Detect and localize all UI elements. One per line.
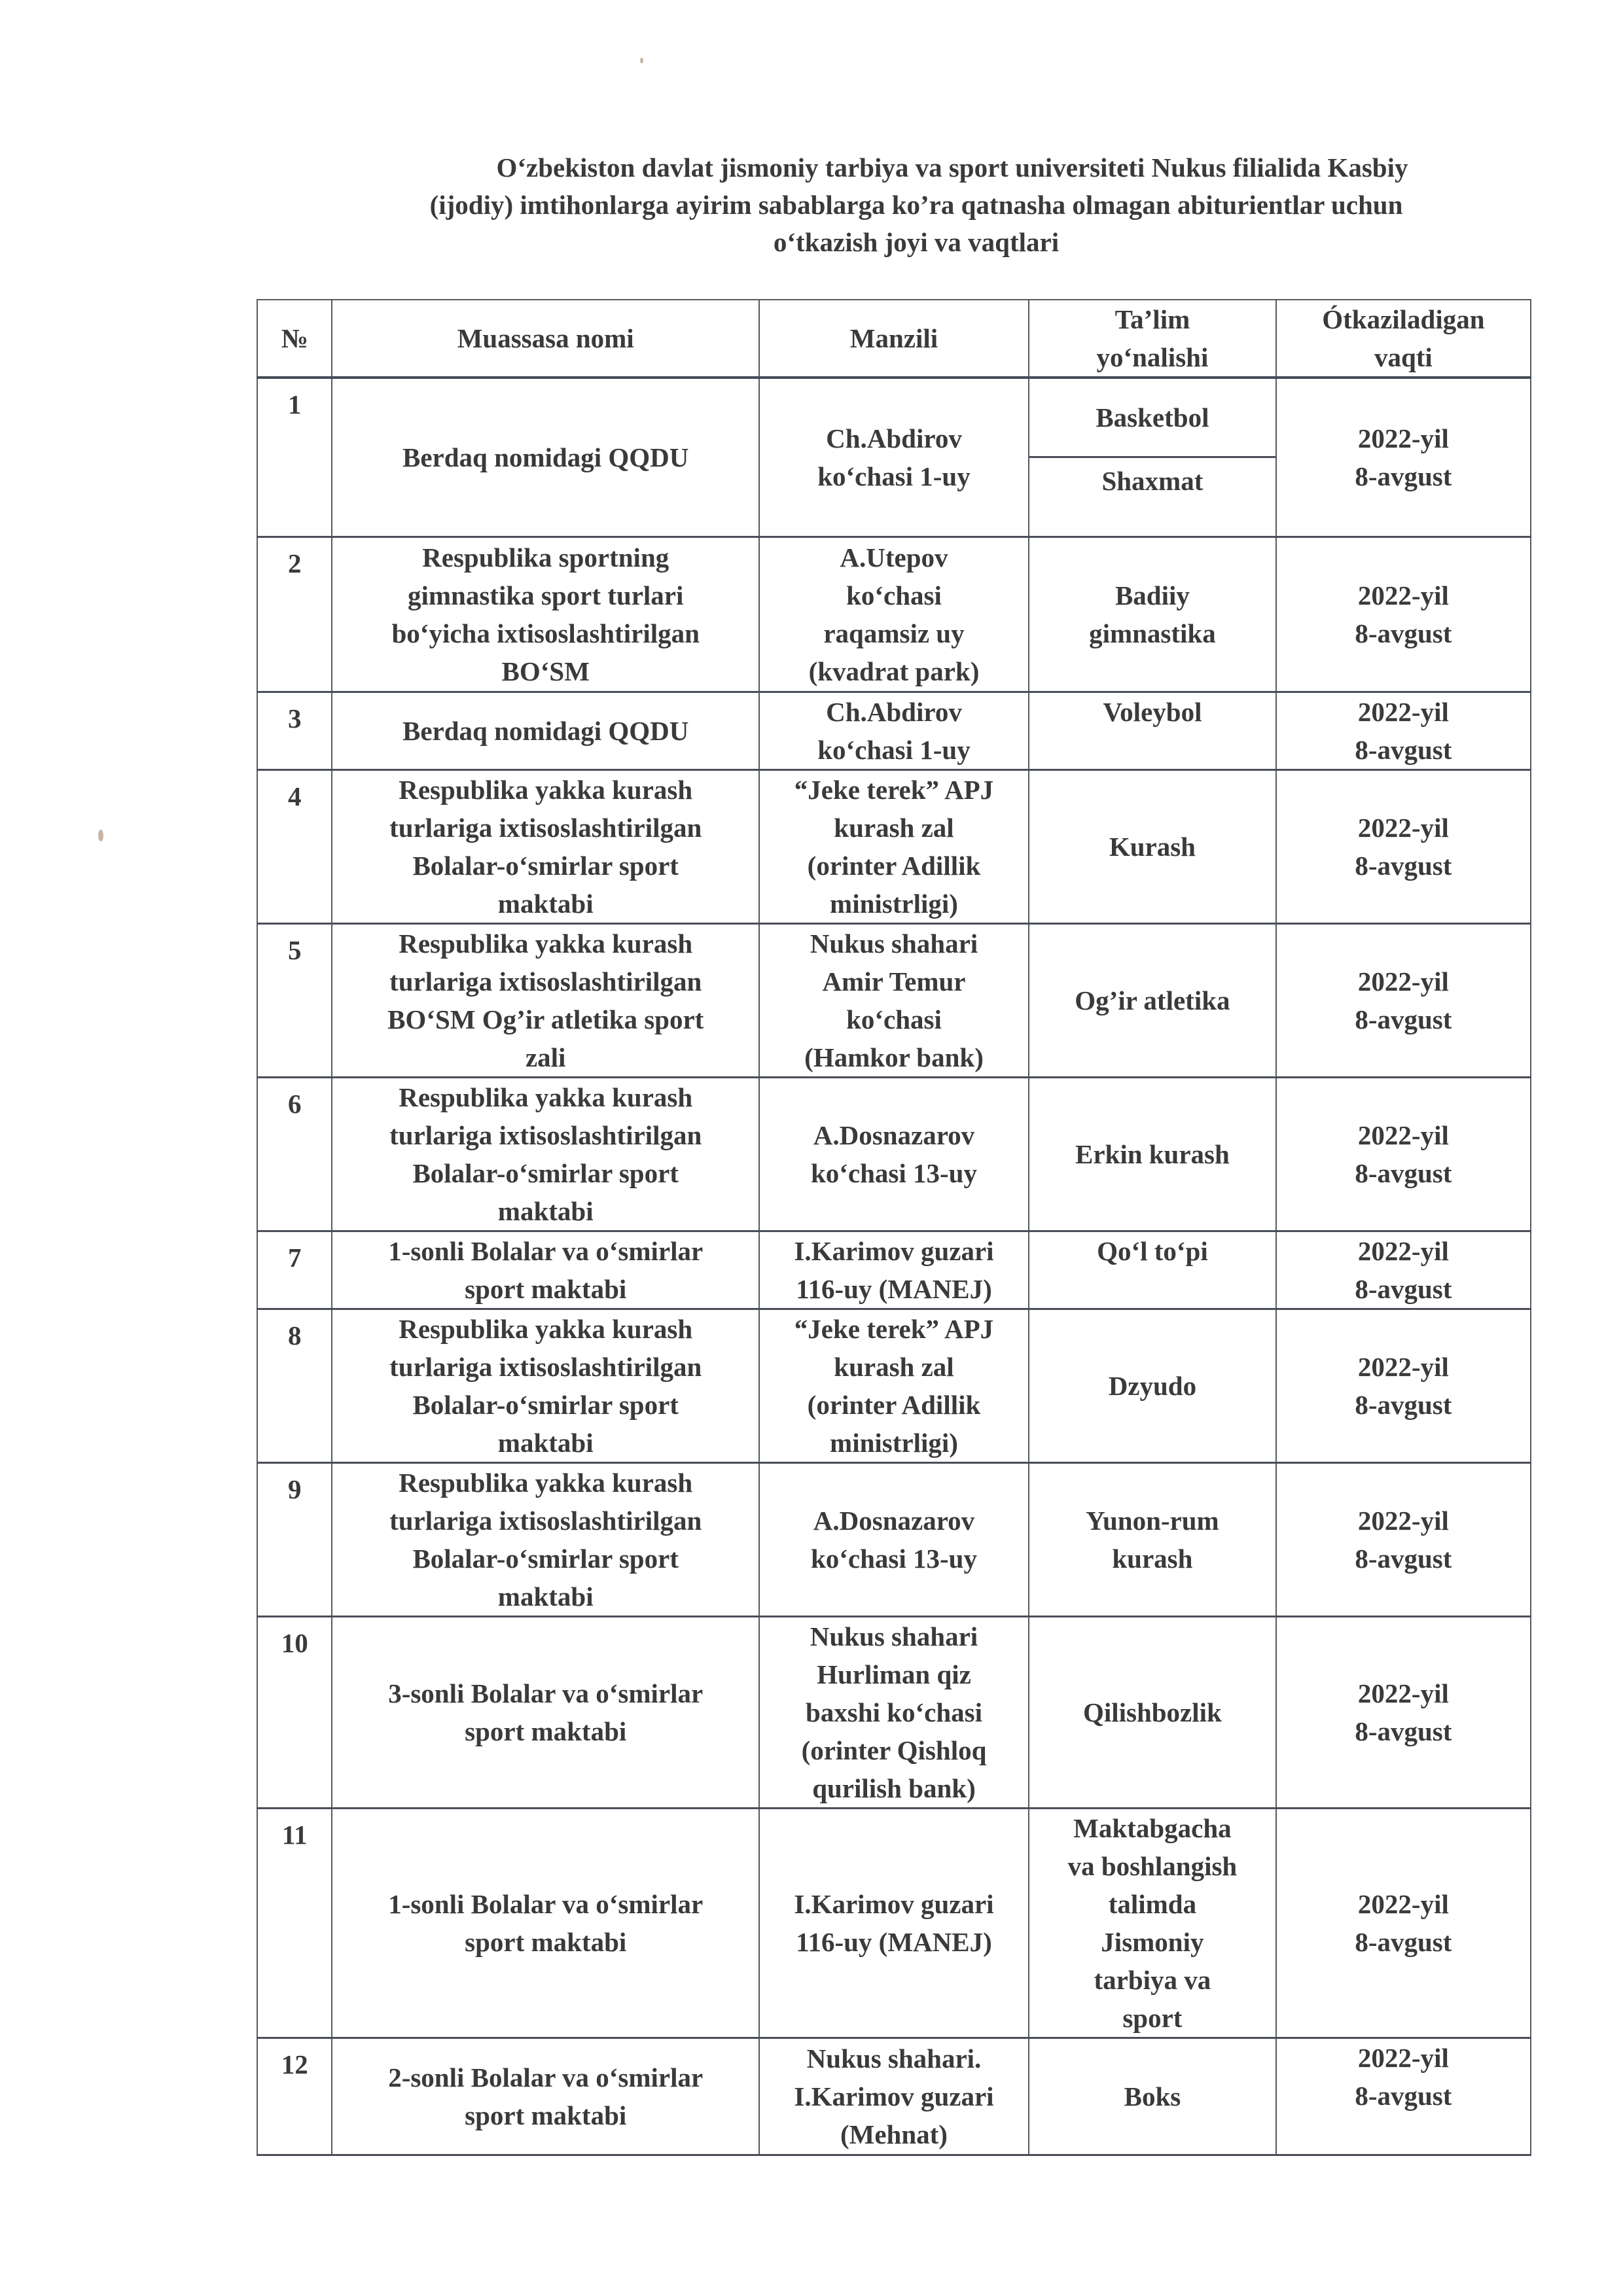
exam-time-line: 2022-yil xyxy=(1281,1674,1526,1712)
table-row: 6Respublika yakka kurashturlariga ixtiso… xyxy=(257,1078,1531,1231)
address-line: ko‘chasi 1-uy xyxy=(764,731,1024,769)
row-number: 7 xyxy=(257,1231,332,1309)
address-line: Nukus shahari. xyxy=(764,2040,1024,2077)
direction-line: gimnastika xyxy=(1033,614,1272,652)
institution-name-line: Bolalar-o‘smirlar sport xyxy=(336,1540,754,1578)
exam-time-line: 8-avgust xyxy=(1281,457,1526,495)
direction: Badiiygimnastika xyxy=(1029,537,1276,692)
address: A.Utepovko‘chasiraqamsiz uy(kvadrat park… xyxy=(759,537,1029,692)
address-line: A.Dosnazarov xyxy=(764,1116,1024,1154)
address-line: Hurliman qiz xyxy=(764,1655,1024,1693)
direction-line: tarbiya va xyxy=(1033,1961,1272,1999)
exam-time-line: 8-avgust xyxy=(1281,614,1526,652)
row-number: 2 xyxy=(257,537,332,692)
direction: Voleybol xyxy=(1029,692,1276,770)
address-line: (kvadrat park) xyxy=(764,652,1024,690)
exam-time: 2022-yil8-avgust xyxy=(1276,1078,1531,1231)
schedule-table: № Muassasa nomi Manzili Ta’lim yo‘nalish… xyxy=(257,299,1531,2156)
address-line: 116-uy (MANEJ) xyxy=(764,1923,1024,1961)
exam-time-line: 8-avgust xyxy=(1281,1000,1526,1038)
direction-line: sport xyxy=(1033,1999,1272,2037)
address: I.Karimov guzari116-uy (MANEJ) xyxy=(759,1231,1029,1309)
address: A.Dosnazarovko‘chasi 13-uy xyxy=(759,1078,1029,1231)
exam-time-line: 8-avgust xyxy=(1281,847,1526,885)
exam-time-line: 8-avgust xyxy=(1281,1923,1526,1961)
address-line: ko‘chasi 1-uy xyxy=(764,457,1024,495)
institution-name: Respublika sportninggimnastika sport tur… xyxy=(332,537,758,692)
exam-time-line: 2022-yil xyxy=(1281,1502,1526,1540)
institution-name-line: Respublika yakka kurash xyxy=(336,925,754,963)
direction-line: Qilishbozlik xyxy=(1033,1693,1272,1731)
scan-speck xyxy=(640,58,643,63)
exam-time-line: 2022-yil xyxy=(1281,2039,1526,2077)
address-line: 116-uy (MANEJ) xyxy=(764,1270,1024,1308)
direction: Og’ir atletika xyxy=(1029,924,1276,1078)
exam-time-line: 2022-yil xyxy=(1281,809,1526,847)
exam-time: 2022-yil8-avgust xyxy=(1276,1309,1531,1463)
address-line: “Jeke terek” APJ xyxy=(764,771,1024,809)
institution-name-line: sport maktabi xyxy=(336,1923,754,1961)
institution-name: Berdaq nomidagi QQDU xyxy=(332,692,758,770)
address-line: Nukus shahari xyxy=(764,925,1024,963)
exam-time-line: 8-avgust xyxy=(1281,1154,1526,1192)
address-line: ministrligi) xyxy=(764,885,1024,923)
address-line: I.Karimov guzari xyxy=(764,2077,1024,2115)
table-row: 1Berdaq nomidagi QQDUCh.Abdirovko‘chasi … xyxy=(257,378,1531,537)
address-line: baxshi ko‘chasi xyxy=(764,1693,1024,1731)
address-line: ko‘chasi xyxy=(764,576,1024,614)
address-line: (orinter Adillik xyxy=(764,1386,1024,1424)
direction: Shaxmat xyxy=(1029,458,1275,536)
direction-line: Og’ir atletika xyxy=(1033,981,1272,1019)
institution-name-line: 3-sonli Bolalar va o‘smirlar xyxy=(336,1674,754,1712)
direction: Maktabgachava boshlangishtalimdaJismoniy… xyxy=(1029,1809,1276,2038)
exam-time-line: 2022-yil xyxy=(1281,1232,1526,1270)
exam-time: 2022-yil8-avgust xyxy=(1276,378,1531,537)
direction-line: Dzyudo xyxy=(1033,1367,1272,1405)
institution-name-line: turlariga ixtisoslashtirilgan xyxy=(336,963,754,1000)
direction: Yunon-rumkurash xyxy=(1029,1463,1276,1617)
address-line: I.Karimov guzari xyxy=(764,1885,1024,1923)
institution-name: 1-sonli Bolalar va o‘smirlarsport maktab… xyxy=(332,1231,758,1309)
institution-name-line: 1-sonli Bolalar va o‘smirlar xyxy=(336,1232,754,1270)
direction-line: Erkin kurash xyxy=(1033,1135,1272,1173)
address: Nukus shahariAmir Temurko‘chasi(Hamkor b… xyxy=(759,924,1029,1078)
institution-name-line: 1-sonli Bolalar va o‘smirlar xyxy=(336,1885,754,1923)
address-line: (orinter Qishloq xyxy=(764,1731,1024,1769)
institution-name: Berdaq nomidagi QQDU xyxy=(332,378,758,537)
address: “Jeke terek” APJkurash zal(orinter Adill… xyxy=(759,1309,1029,1463)
address-line: ministrligi) xyxy=(764,1424,1024,1462)
institution-name-line: Berdaq nomidagi QQDU xyxy=(336,712,754,750)
address-line: kurash zal xyxy=(764,809,1024,847)
table-row: 71-sonli Bolalar va o‘smirlarsport makta… xyxy=(257,1231,1531,1309)
exam-time-line: 8-avgust xyxy=(1281,1712,1526,1750)
exam-time-line: 8-avgust xyxy=(1281,1386,1526,1424)
institution-name-line: turlariga ixtisoslashtirilgan xyxy=(336,1348,754,1386)
address: A.Dosnazarovko‘chasi 13-uy xyxy=(759,1463,1029,1617)
direction: Erkin kurash xyxy=(1029,1078,1276,1231)
institution-name-line: maktabi xyxy=(336,1578,754,1616)
address-line: (Mehnat) xyxy=(764,2115,1024,2153)
exam-time: 2022-yil8-avgust xyxy=(1276,1463,1531,1617)
address-line: Amir Temur xyxy=(764,963,1024,1000)
institution-name-line: bo‘yicha ixtisoslashtirilgan xyxy=(336,614,754,652)
address-line: I.Karimov guzari xyxy=(764,1232,1024,1270)
address: Ch.Abdirovko‘chasi 1-uy xyxy=(759,378,1029,537)
institution-name-line: sport maktabi xyxy=(336,2096,754,2134)
address-line: qurilish bank) xyxy=(764,1769,1024,1807)
direction-line: Qo‘l to‘pi xyxy=(1033,1232,1272,1270)
address-line: Ch.Abdirov xyxy=(764,693,1024,731)
table-body: 1Berdaq nomidagi QQDUCh.Abdirovko‘chasi … xyxy=(257,378,1531,2155)
exam-time-line: 2022-yil xyxy=(1281,576,1526,614)
table-row: 5Respublika yakka kurashturlariga ixtiso… xyxy=(257,924,1531,1078)
institution-name-line: BO‘SM Og’ir atletika sport xyxy=(336,1000,754,1038)
direction-line: Voleybol xyxy=(1033,693,1272,731)
table-row: 9Respublika yakka kurashturlariga ixtiso… xyxy=(257,1463,1531,1617)
title-line-3: o‘tkazish joyi va vaqtlari xyxy=(308,224,1525,261)
institution-name: Respublika yakka kurashturlariga ixtisos… xyxy=(332,770,758,924)
institution-name-line: zali xyxy=(336,1038,754,1076)
institution-name-line: 2-sonli Bolalar va o‘smirlar xyxy=(336,2058,754,2096)
direction-line: Boks xyxy=(1033,2077,1272,2115)
header-time: Ótkaziladigan vaqti xyxy=(1276,300,1531,378)
institution-name-line: maktabi xyxy=(336,1424,754,1462)
address: Nukus shahariHurliman qizbaxshi ko‘chasi… xyxy=(759,1617,1029,1809)
exam-time-line: 2022-yil xyxy=(1281,693,1526,731)
direction-split: BasketbolShaxmat xyxy=(1029,378,1276,537)
institution-name-line: gimnastika sport turlari xyxy=(336,576,754,614)
table-header-row: № Muassasa nomi Manzili Ta’lim yo‘nalish… xyxy=(257,300,1531,378)
exam-time: 2022-yil8-avgust xyxy=(1276,924,1531,1078)
institution-name: Respublika yakka kurashturlariga ixtisos… xyxy=(332,1463,758,1617)
exam-time-line: 2022-yil xyxy=(1281,419,1526,457)
header-name: Muassasa nomi xyxy=(332,300,758,378)
row-number: 3 xyxy=(257,692,332,770)
direction-line: talimda xyxy=(1033,1885,1272,1923)
institution-name-line: Respublika sportning xyxy=(336,539,754,576)
institution-name: 2-sonli Bolalar va o‘smirlarsport maktab… xyxy=(332,2038,758,2155)
exam-time: 2022-yil8-avgust xyxy=(1276,2038,1531,2155)
table-row: 111-sonli Bolalar va o‘smirlarsport makt… xyxy=(257,1809,1531,2038)
exam-time-line: 8-avgust xyxy=(1281,2077,1526,2115)
row-number: 12 xyxy=(257,2038,332,2155)
direction: Basketbol xyxy=(1029,379,1275,458)
row-number: 11 xyxy=(257,1809,332,2038)
institution-name-line: sport maktabi xyxy=(336,1270,754,1308)
address-line: ko‘chasi xyxy=(764,1000,1024,1038)
exam-time-line: 2022-yil xyxy=(1281,1348,1526,1386)
direction: Boks xyxy=(1029,2038,1276,2155)
institution-name-line: Respublika yakka kurash xyxy=(336,771,754,809)
address-line: kurash zal xyxy=(764,1348,1024,1386)
exam-time: 2022-yil8-avgust xyxy=(1276,692,1531,770)
address-line: A.Utepov xyxy=(764,539,1024,576)
address-line: Nukus shahari xyxy=(764,1617,1024,1655)
institution-name-line: turlariga ixtisoslashtirilgan xyxy=(336,809,754,847)
scan-speck xyxy=(98,830,103,841)
exam-time: 2022-yil8-avgust xyxy=(1276,1617,1531,1809)
exam-time-line: 8-avgust xyxy=(1281,1540,1526,1578)
row-number: 6 xyxy=(257,1078,332,1231)
header-direction: Ta’lim yo‘nalishi xyxy=(1029,300,1276,378)
address: “Jeke terek” APJkurash zal(orinter Adill… xyxy=(759,770,1029,924)
exam-time-line: 8-avgust xyxy=(1281,731,1526,769)
direction-line: Yunon-rum xyxy=(1033,1502,1272,1540)
direction: Kurash xyxy=(1029,770,1276,924)
address-line: “Jeke terek” APJ xyxy=(764,1310,1024,1348)
institution-name-line: turlariga ixtisoslashtirilgan xyxy=(336,1502,754,1540)
table-row: 103-sonli Bolalar va o‘smirlarsport makt… xyxy=(257,1617,1531,1809)
exam-time-line: 8-avgust xyxy=(1281,1270,1526,1308)
row-number: 1 xyxy=(257,378,332,537)
institution-name-line: Respublika yakka kurash xyxy=(336,1464,754,1502)
address-line: raqamsiz uy xyxy=(764,614,1024,652)
institution-name-line: BO‘SM xyxy=(336,652,754,690)
exam-time: 2022-yil8-avgust xyxy=(1276,537,1531,692)
institution-name-line: Respublika yakka kurash xyxy=(336,1078,754,1116)
title-line-1: O‘zbekiston davlat jismoniy tarbiya va s… xyxy=(308,149,1525,186)
header-direction-line: yo‘nalishi xyxy=(1033,338,1272,376)
title-line-2: (ijodiy) imtihonlarga ayirim sabablarga … xyxy=(308,186,1525,224)
header-address: Manzili xyxy=(759,300,1029,378)
address-line: (Hamkor bank) xyxy=(764,1038,1024,1076)
direction: Qilishbozlik xyxy=(1029,1617,1276,1809)
row-number: 4 xyxy=(257,770,332,924)
exam-time: 2022-yil8-avgust xyxy=(1276,1231,1531,1309)
institution-name-line: Berdaq nomidagi QQDU xyxy=(336,438,754,476)
exam-time: 2022-yil8-avgust xyxy=(1276,770,1531,924)
institution-name-line: Bolalar-o‘smirlar sport xyxy=(336,847,754,885)
exam-time-line: 2022-yil xyxy=(1281,1116,1526,1154)
address-line: A.Dosnazarov xyxy=(764,1502,1024,1540)
institution-name: Respublika yakka kurashturlariga ixtisos… xyxy=(332,1078,758,1231)
header-num: № xyxy=(257,300,332,378)
institution-name-line: maktabi xyxy=(336,885,754,923)
direction-line: Kurash xyxy=(1033,828,1272,866)
row-number: 9 xyxy=(257,1463,332,1617)
direction: Dzyudo xyxy=(1029,1309,1276,1463)
document-title: O‘zbekiston davlat jismoniy tarbiya va s… xyxy=(308,149,1525,261)
institution-name: 1-sonli Bolalar va o‘smirlarsport maktab… xyxy=(332,1809,758,2038)
address-line: ko‘chasi 13-uy xyxy=(764,1154,1024,1192)
direction-line: Jismoniy xyxy=(1033,1923,1272,1961)
header-time-line: vaqti xyxy=(1281,338,1526,376)
address: Ch.Abdirovko‘chasi 1-uy xyxy=(759,692,1029,770)
institution-name-line: Bolalar-o‘smirlar sport xyxy=(336,1386,754,1424)
institution-name: Respublika yakka kurashturlariga ixtisos… xyxy=(332,1309,758,1463)
direction-line: kurash xyxy=(1033,1540,1272,1578)
direction-line: Badiiy xyxy=(1033,576,1272,614)
table-row: 4Respublika yakka kurashturlariga ixtiso… xyxy=(257,770,1531,924)
exam-time-line: 2022-yil xyxy=(1281,963,1526,1000)
address: Nukus shahari.I.Karimov guzari(Mehnat) xyxy=(759,2038,1029,2155)
table-row: 2Respublika sportninggimnastika sport tu… xyxy=(257,537,1531,692)
row-number: 10 xyxy=(257,1617,332,1809)
institution-name-line: maktabi xyxy=(336,1192,754,1230)
address-line: Ch.Abdirov xyxy=(764,419,1024,457)
address-line: (orinter Adillik xyxy=(764,847,1024,885)
address-line: ko‘chasi 13-uy xyxy=(764,1540,1024,1578)
table-row: 3Berdaq nomidagi QQDUCh.Abdirovko‘chasi … xyxy=(257,692,1531,770)
institution-name: Respublika yakka kurashturlariga ixtisos… xyxy=(332,924,758,1078)
exam-time-line: 2022-yil xyxy=(1281,1885,1526,1923)
direction-line: va boshlangish xyxy=(1033,1847,1272,1885)
address: I.Karimov guzari116-uy (MANEJ) xyxy=(759,1809,1029,2038)
row-number: 5 xyxy=(257,924,332,1078)
exam-time: 2022-yil8-avgust xyxy=(1276,1809,1531,2038)
institution-name-line: turlariga ixtisoslashtirilgan xyxy=(336,1116,754,1154)
direction-line: Maktabgacha xyxy=(1033,1809,1272,1847)
table-row: 122-sonli Bolalar va o‘smirlarsport makt… xyxy=(257,2038,1531,2155)
header-direction-line: Ta’lim xyxy=(1033,300,1272,338)
table-row: 8Respublika yakka kurashturlariga ixtiso… xyxy=(257,1309,1531,1463)
institution-name: 3-sonli Bolalar va o‘smirlarsport maktab… xyxy=(332,1617,758,1809)
header-time-line: Ótkaziladigan xyxy=(1281,300,1526,338)
institution-name-line: Bolalar-o‘smirlar sport xyxy=(336,1154,754,1192)
institution-name-line: Respublika yakka kurash xyxy=(336,1310,754,1348)
row-number: 8 xyxy=(257,1309,332,1463)
institution-name-line: sport maktabi xyxy=(336,1712,754,1750)
direction: Qo‘l to‘pi xyxy=(1029,1231,1276,1309)
